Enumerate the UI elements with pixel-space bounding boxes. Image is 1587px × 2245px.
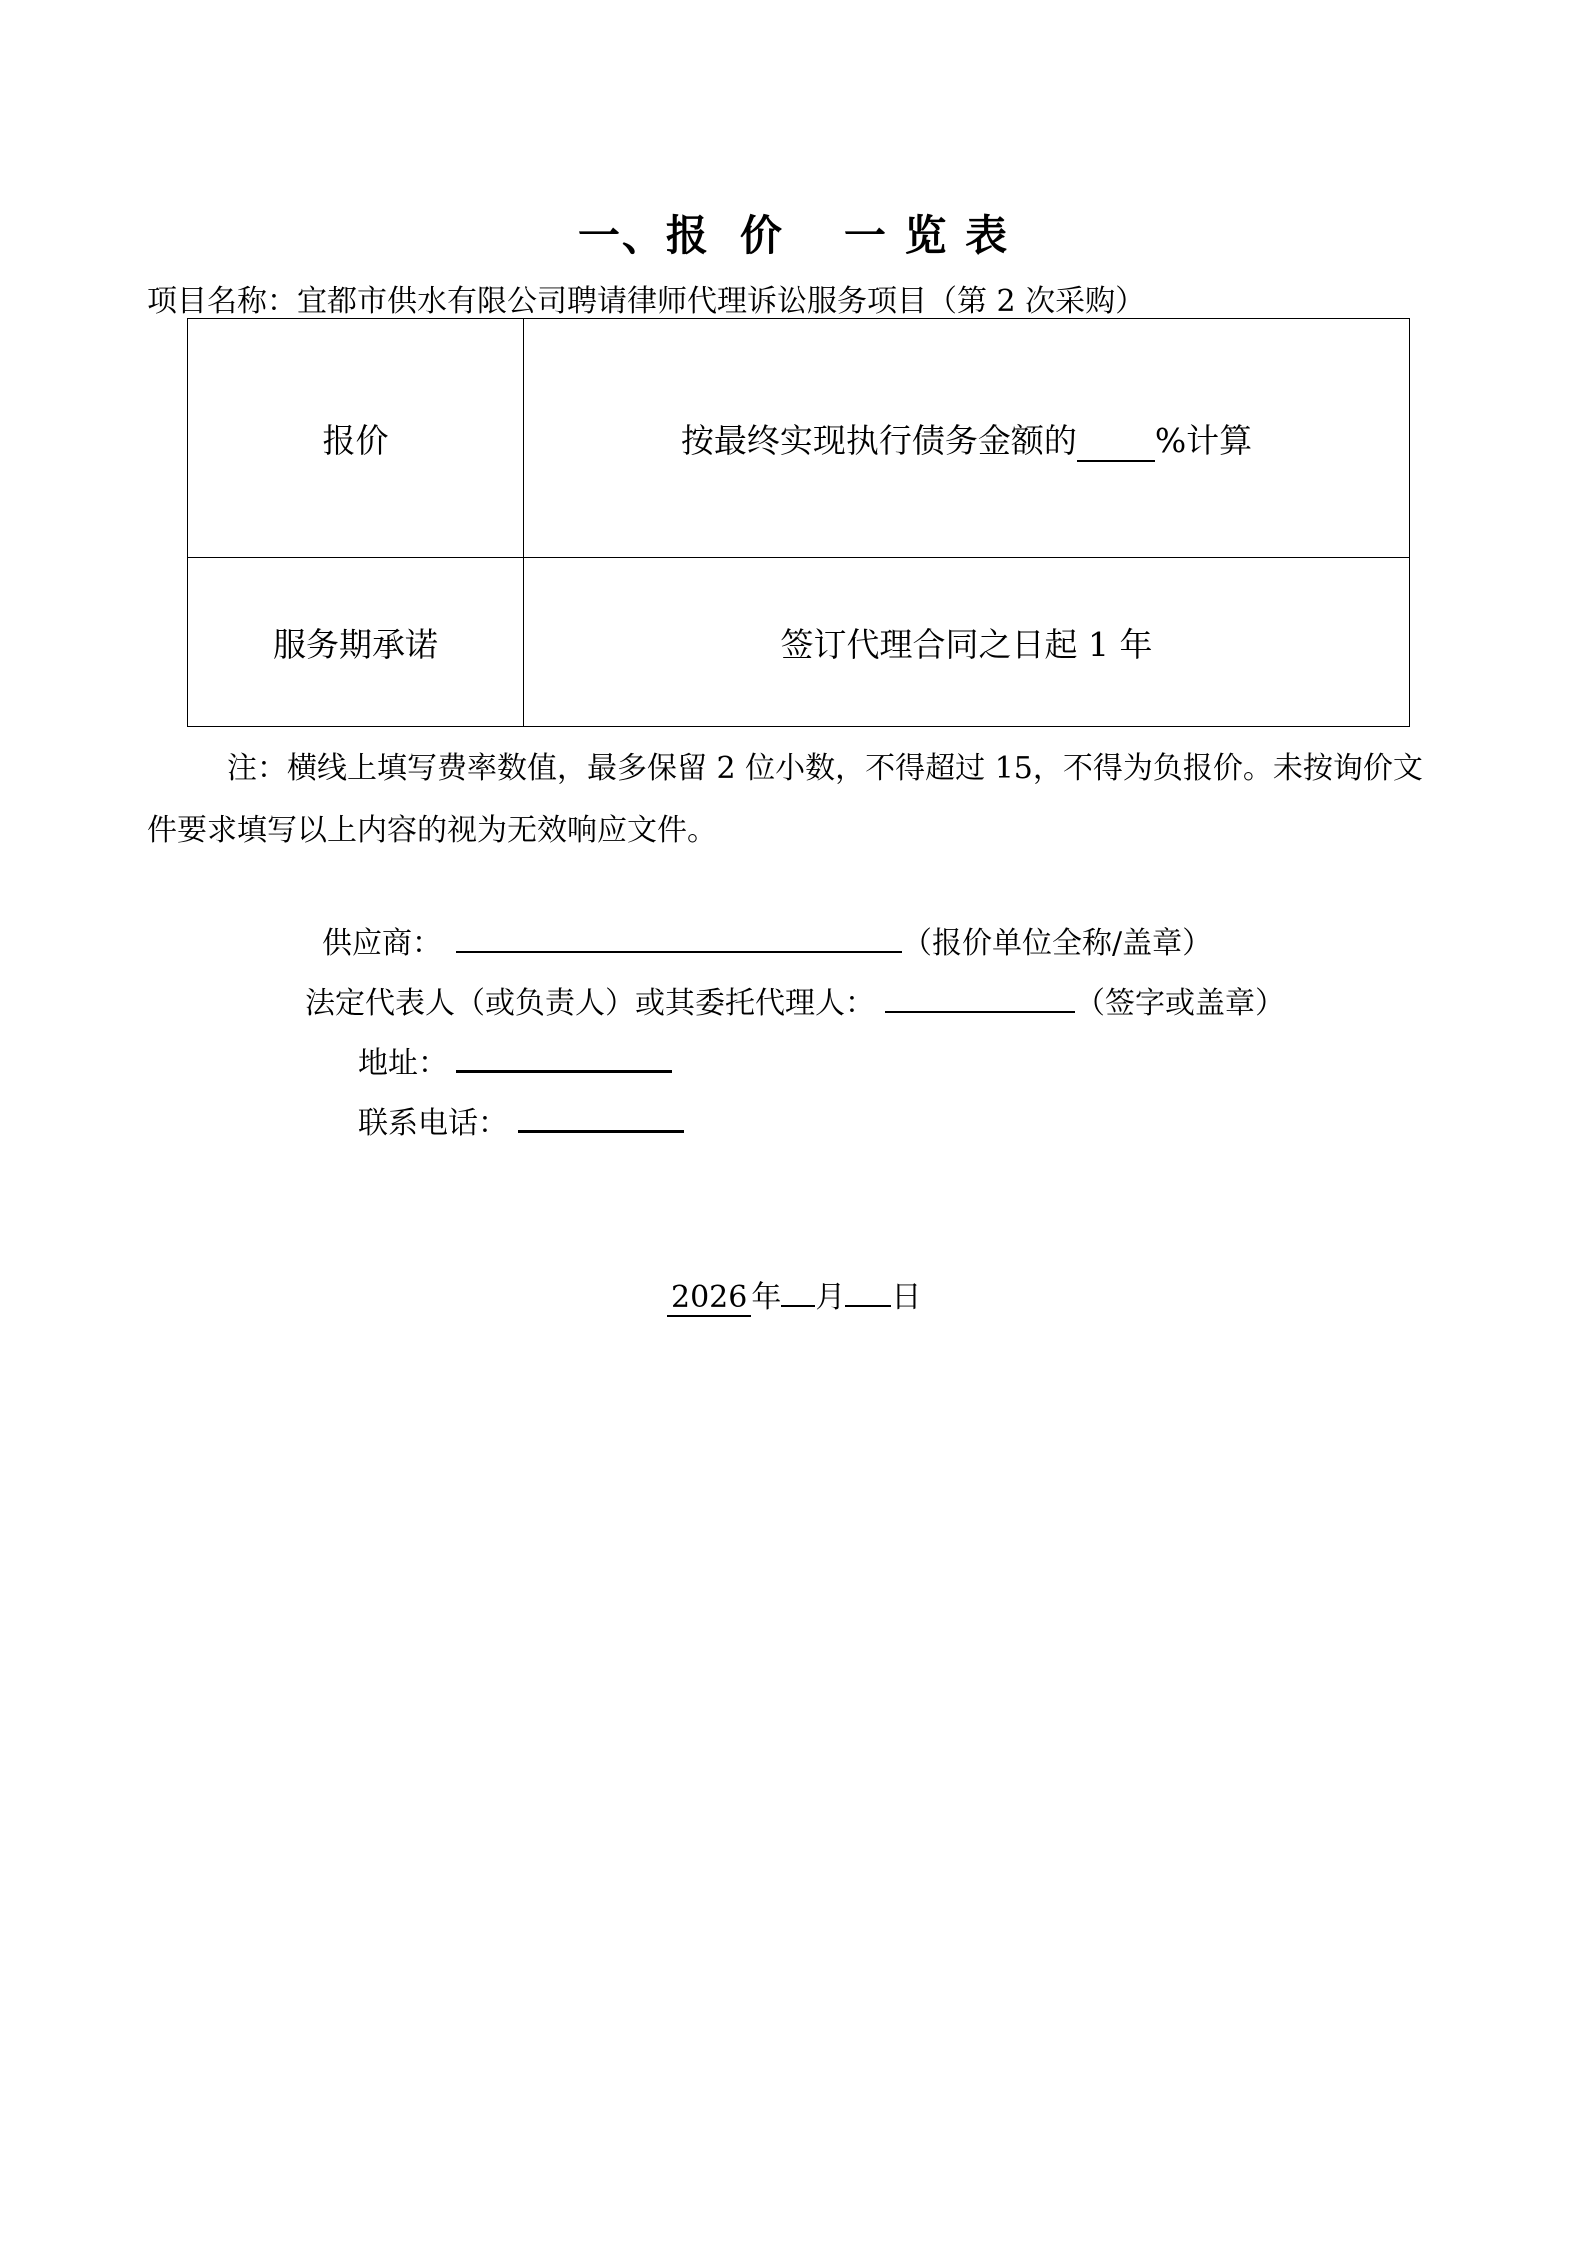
rate-blank-field[interactable]: [1077, 421, 1155, 462]
phone-line: 联系电话：: [358, 1098, 684, 1142]
date-month-field[interactable]: [781, 1279, 815, 1307]
project-label: 项目名称：: [147, 284, 297, 319]
representative-suffix: （签字或盖章）: [1075, 986, 1285, 1021]
address-field[interactable]: [456, 1044, 672, 1073]
service-period-value: 签订代理合同之日起 1 年: [524, 558, 1410, 727]
project-name: 宜都市供水有限公司聘请律师代理诉讼服务项目（第 2 次采购）: [297, 284, 1145, 319]
date-year-unit: 年: [751, 1280, 781, 1315]
address-label: 地址：: [358, 1046, 448, 1081]
price-label: 报价: [188, 319, 524, 558]
date-year[interactable]: 2026: [667, 1280, 751, 1317]
date-month-unit: 月: [815, 1280, 845, 1315]
representative-field[interactable]: [885, 985, 1075, 1013]
representative-label: 法定代表人（或负责人）或其委托代理人：: [305, 986, 875, 1021]
phone-label: 联系电话：: [358, 1106, 508, 1141]
address-line: 地址：: [358, 1038, 672, 1082]
service-period-label: 服务期承诺: [188, 558, 524, 727]
project-name-line: 项目名称：宜都市供水有限公司聘请律师代理诉讼服务项目（第 2 次采购）: [147, 276, 1145, 320]
price-value-prefix: 按最终实现执行债务金额的: [681, 421, 1077, 460]
quote-table: 报价 按最终实现执行债务金额的 %计算 服务期承诺 签订代理合同之日起 1 年: [187, 318, 1410, 727]
representative-line: 法定代表人（或负责人）或其委托代理人：（签字或盖章）: [305, 978, 1285, 1022]
date-line: 2026年月日: [667, 1272, 921, 1316]
title-part-3: 一 览 表: [844, 203, 1009, 263]
date-day-unit: 日: [891, 1280, 921, 1315]
supplier-field[interactable]: [456, 925, 902, 953]
price-value-suffix: %计算: [1155, 421, 1252, 460]
price-value-cell: 按最终实现执行债务金额的 %计算: [524, 319, 1410, 558]
phone-field[interactable]: [518, 1104, 684, 1133]
supplier-label: 供应商：: [322, 926, 442, 961]
page-title: 一、报价一 览 表: [0, 203, 1587, 263]
supplier-line: 供应商：（报价单位全称/盖章）: [322, 918, 1212, 962]
date-day-field[interactable]: [845, 1279, 891, 1307]
table-row-service-period: 服务期承诺 签订代理合同之日起 1 年: [188, 558, 1410, 727]
title-part-1: 一、报: [578, 203, 710, 263]
supplier-suffix: （报价单位全称/盖章）: [902, 926, 1212, 961]
note-paragraph: 注：横线上填写费率数值，最多保留 2 位小数，不得超过 15，不得为负报价。未按…: [147, 738, 1447, 862]
table-row-price: 报价 按最终实现执行债务金额的 %计算: [188, 319, 1410, 558]
title-part-2: 价: [740, 203, 784, 263]
